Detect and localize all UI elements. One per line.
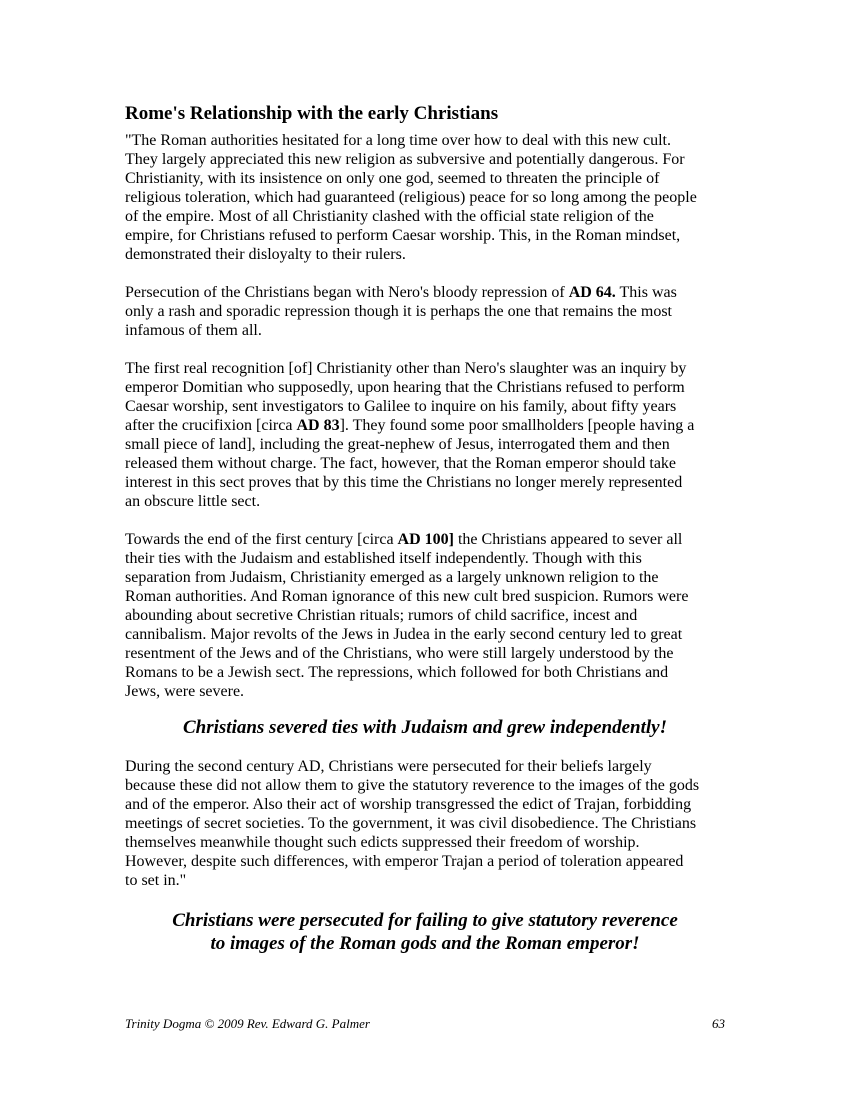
date-emphasis: AD 83 <box>296 417 339 434</box>
paragraph-second-century: During the second century AD, Christians… <box>125 757 725 890</box>
document-page: Rome's Relationship with the early Chris… <box>125 102 725 955</box>
text-line: emperor Domitian who supposedly, upon he… <box>125 378 725 397</box>
text-line: interest in this sect proves that by thi… <box>125 473 725 492</box>
text-line: small piece of land], including the grea… <box>125 435 725 454</box>
paragraph-separation-from-judaism: Towards the end of the first century [ci… <box>125 530 725 701</box>
text-line: However, despite such differences, with … <box>125 852 725 871</box>
date-emphasis: AD 64. <box>569 284 616 301</box>
text-line: infamous of them all. <box>125 321 725 340</box>
text-line: and of the emperor. Also their act of wo… <box>125 795 725 814</box>
text-line: separation from Judaism, Christianity em… <box>125 568 725 587</box>
text-line: Romans to be a Jewish sect. The repressi… <box>125 663 725 682</box>
section-heading: Rome's Relationship with the early Chris… <box>125 102 725 125</box>
paragraph-nero-persecution: Persecution of the Christians began with… <box>125 283 725 340</box>
text-run: after the crucifixion [circa <box>125 417 296 434</box>
text-line: released them without charge. The fact, … <box>125 454 725 473</box>
callout-line: Christians were persecuted for failing t… <box>125 909 725 932</box>
text-line: "The Roman authorities hesitated for a l… <box>125 131 725 150</box>
paragraph-domitian-inquiry: The first real recognition [of] Christia… <box>125 359 725 511</box>
text-line: Towards the end of the first century [ci… <box>125 530 725 549</box>
text-line: Persecution of the Christians began with… <box>125 283 725 302</box>
text-line: to set in." <box>125 871 725 890</box>
text-line: of the empire. Most of all Christianity … <box>125 207 725 226</box>
text-line: They largely appreciated this new religi… <box>125 150 725 169</box>
text-line: Roman authorities. And Roman ignorance o… <box>125 587 725 606</box>
text-line: religious toleration, which had guarante… <box>125 188 725 207</box>
text-line: because these did not allow them to give… <box>125 776 725 795</box>
callout-line: Christians severed ties with Judaism and… <box>125 716 725 739</box>
text-line: Caesar worship, sent investigators to Ga… <box>125 397 725 416</box>
text-line: Jews, were severe. <box>125 682 725 701</box>
date-emphasis: AD 100] <box>398 531 454 548</box>
text-run: the Christians appeared to sever all <box>454 531 682 548</box>
text-line: themselves meanwhile thought such edicts… <box>125 833 725 852</box>
text-line: cannibalism. Major revolts of the Jews i… <box>125 625 725 644</box>
text-line: The first real recognition [of] Christia… <box>125 359 725 378</box>
footer-copyright: Trinity Dogma © 2009 Rev. Edward G. Palm… <box>125 1016 370 1032</box>
callout-persecuted-reverence: Christians were persecuted for failing t… <box>125 909 725 955</box>
text-line: their ties with the Judaism and establis… <box>125 549 725 568</box>
text-line: meetings of secret societies. To the gov… <box>125 814 725 833</box>
text-line: demonstrated their disloyalty to their r… <box>125 245 725 264</box>
paragraph-roman-authorities: "The Roman authorities hesitated for a l… <box>125 131 725 264</box>
page-number: 63 <box>712 1016 725 1032</box>
text-line: resentment of the Jews and of the Christ… <box>125 644 725 663</box>
text-run: ]. They found some poor smallholders [pe… <box>340 417 695 434</box>
text-line: abounding about secretive Christian ritu… <box>125 606 725 625</box>
text-line: an obscure little sect. <box>125 492 725 511</box>
text-run: Towards the end of the first century [ci… <box>125 531 398 548</box>
text-line: only a rash and sporadic repression thou… <box>125 302 725 321</box>
callout-line: to images of the Roman gods and the Roma… <box>125 932 725 955</box>
text-run: Persecution of the Christians began with… <box>125 284 569 301</box>
text-line: During the second century AD, Christians… <box>125 757 725 776</box>
text-line: empire, for Christians refused to perfor… <box>125 226 725 245</box>
text-run: This was <box>616 284 677 301</box>
callout-severed-ties: Christians severed ties with Judaism and… <box>125 716 725 739</box>
text-line: Christianity, with its insistence on onl… <box>125 169 725 188</box>
text-line: after the crucifixion [circa AD 83]. The… <box>125 416 725 435</box>
